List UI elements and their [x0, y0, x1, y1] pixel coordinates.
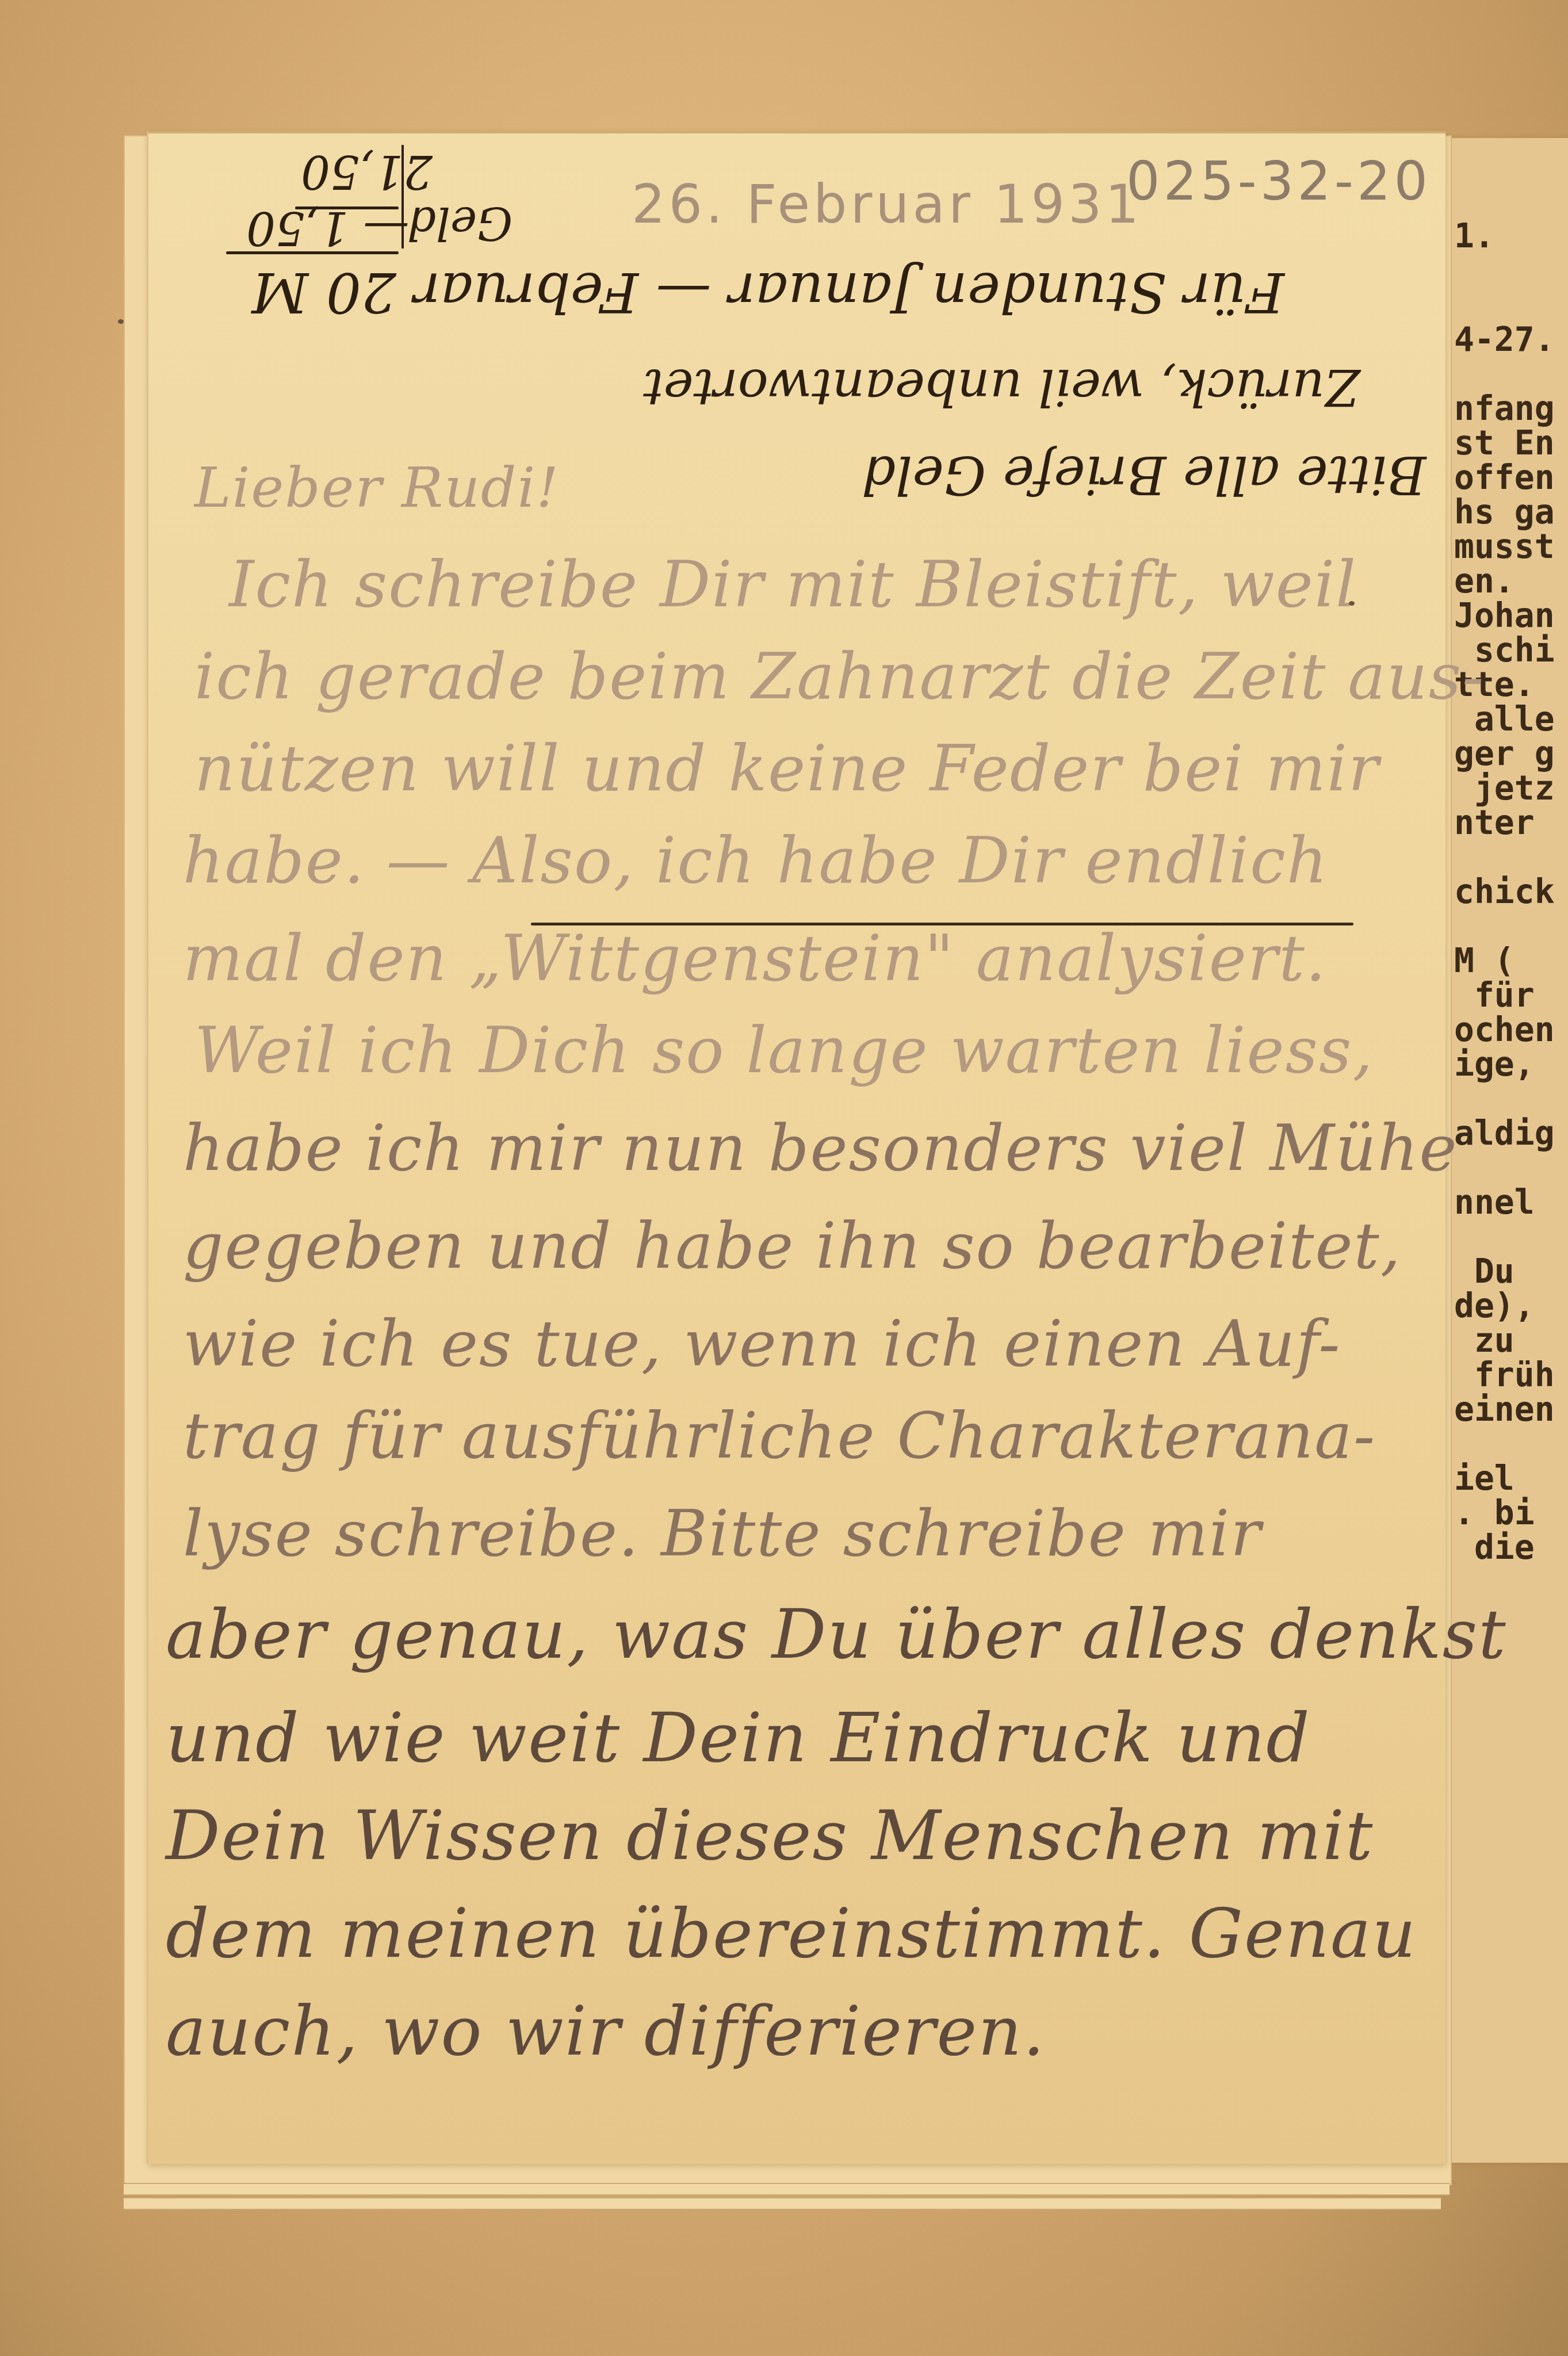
bottom-sheet-edge-2: [124, 2197, 1441, 2210]
body-line: mal den „Wittgenstein" analysiert.: [183, 921, 1327, 995]
tally-minus: — 1,50: [246, 201, 410, 255]
annotation-line-2: Zurück, weil unbeantwortet: [643, 358, 1360, 417]
typed-line: früh: [1454, 1357, 1568, 1392]
body-line: habe ich mir nun besonders viel Mühe: [183, 1111, 1458, 1185]
typed-line: einen: [1454, 1392, 1568, 1426]
typed-line: M (: [1454, 943, 1568, 978]
typed-line: jetz: [1454, 771, 1568, 805]
typed-line: nfang: [1454, 391, 1568, 426]
body-line: ich gerade beim Zahnarzt die Zeit aus-: [194, 640, 1485, 713]
typed-line: [1454, 840, 1568, 874]
typed-line: de),: [1454, 1288, 1568, 1323]
annotation-line-3: Bitte alle Briefe Geld: [862, 444, 1427, 506]
tally-divider: [401, 145, 404, 248]
body-line: nützen will und keine Feder bei mir: [194, 732, 1380, 805]
body-line: Dein Wissen dieses Menschen mit: [166, 1796, 1374, 1875]
typed-line: [1454, 1219, 1568, 1254]
archive-number: 025-32-20: [1126, 151, 1431, 212]
body-line: Weil ich Dich so lange warten liess,: [194, 1013, 1374, 1087]
typed-line: . bi: [1454, 1496, 1568, 1530]
body-line: lyse schreibe. Bitte schreibe mir: [183, 1497, 1262, 1570]
salutation: Lieber Rudi!: [194, 456, 560, 520]
typed-line: 4-27.: [1454, 322, 1568, 357]
letter-date: 26. Februar 1931: [632, 174, 1142, 235]
annotation-line-1: Für Stunden Januar — Februar 20 M: [252, 260, 1284, 324]
body-line: habe. — Also, ich habe Dir endlich: [183, 824, 1329, 897]
typed-line: hs ga: [1454, 495, 1568, 529]
tally-rule-2: [226, 251, 399, 254]
bottom-sheet-edge: [124, 2183, 1450, 2196]
typed-line: en.: [1454, 564, 1568, 598]
typed-page-text: 1.4-27.nfangst Enoffenhs gamussten.Johan…: [1454, 219, 1568, 1565]
body-line: wie ich es tue, wenn ich einen Auf-: [183, 1307, 1341, 1380]
typed-line: [1454, 1426, 1568, 1461]
body-line: Ich schreibe Dir mit Bleistift, weil: [229, 548, 1357, 621]
typed-line: [1454, 1081, 1568, 1116]
typed-line: iel: [1454, 1461, 1568, 1496]
typed-line: Johan: [1454, 598, 1568, 633]
typed-line: 1.: [1454, 219, 1568, 253]
typed-line: ochen: [1454, 1012, 1568, 1047]
letter-sheet: 21,50 — 1,50 Geld 26. Februar 1931 025-3…: [147, 131, 1445, 2164]
typed-line: die: [1454, 1530, 1568, 1565]
tally-top: 21,50: [301, 145, 433, 198]
typed-line: für: [1454, 978, 1568, 1012]
typed-line: ger g: [1454, 736, 1568, 771]
typed-line: musst: [1454, 529, 1568, 564]
typed-line: st En: [1454, 426, 1568, 460]
body-line: trag für ausführliche Charakterana-: [183, 1399, 1376, 1472]
typed-line: zu: [1454, 1323, 1568, 1357]
typed-line: [1454, 1150, 1568, 1185]
typed-line: chick: [1454, 874, 1568, 909]
body-line: dem meinen übereinstimmt. Genau: [166, 1894, 1417, 1973]
typed-line: [1454, 909, 1568, 943]
stray-mark: [118, 319, 124, 324]
tally-label: Geld: [407, 197, 513, 248]
body-line: und wie weit Dein Eindruck und: [166, 1698, 1311, 1777]
underline: [531, 923, 1353, 925]
typed-line: [1454, 357, 1568, 391]
body-line: auch, wo wir differieren.: [166, 1991, 1046, 2071]
body-line: gegeben und habe ihn so bearbeitet,: [183, 1209, 1402, 1283]
typed-line: [1454, 288, 1568, 322]
stray-mark: [1349, 601, 1355, 606]
typed-line: Du: [1454, 1254, 1568, 1288]
typed-line: nnel: [1454, 1185, 1568, 1219]
typed-line: aldig: [1454, 1116, 1568, 1150]
typed-line: ige,: [1454, 1047, 1568, 1081]
body-line: aber genau, was Du über alles denkst: [166, 1594, 1507, 1674]
typed-line: offen: [1454, 460, 1568, 495]
typed-line: [1454, 253, 1568, 288]
typed-line: nter: [1454, 805, 1568, 840]
